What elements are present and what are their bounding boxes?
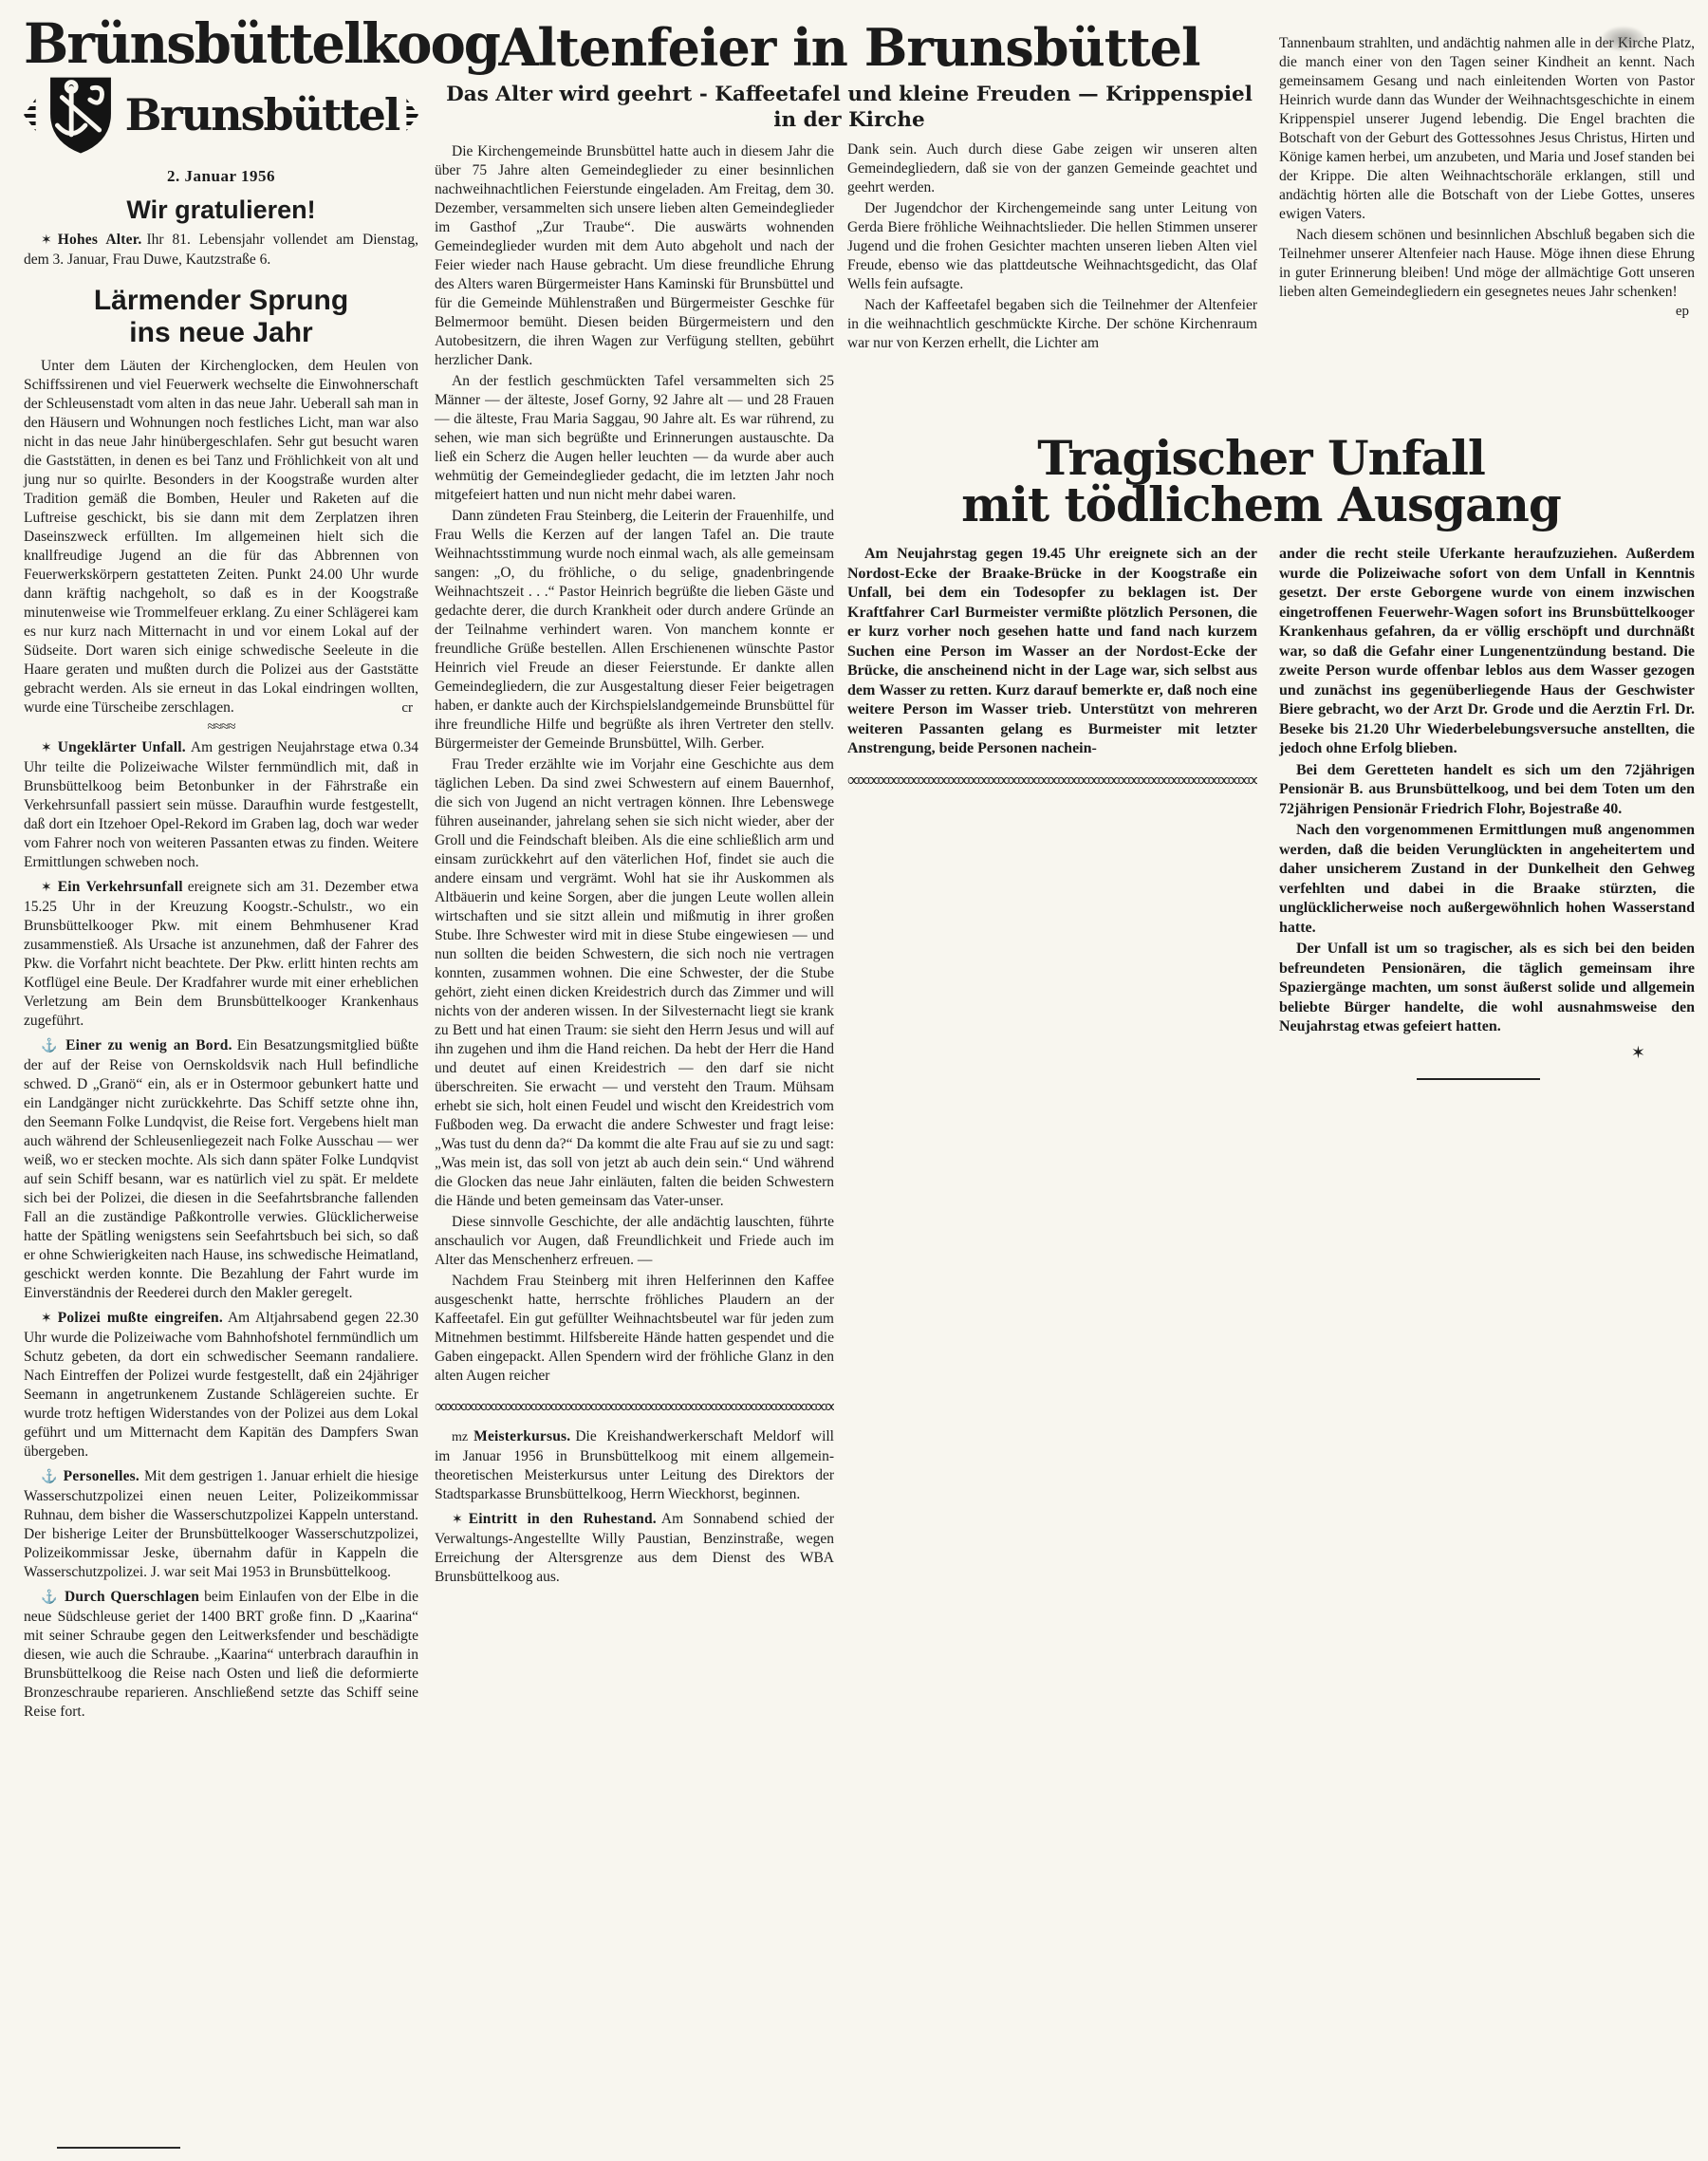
- star-marker-icon: ✶: [41, 1312, 52, 1326]
- tragischer-paragraph: ander die recht steile Uferkante heraufz…: [1279, 545, 1695, 759]
- column-3-top: Dank sein. Auch durch diese Gabe zeigen …: [847, 140, 1257, 355]
- tragischer-headline-line1: Tragischer Unfall: [845, 435, 1678, 481]
- tragischer-header: Tragischer Unfall mit tödlichem Ausgang: [845, 435, 1678, 528]
- item-lead: Eintritt in den Ruhestand.: [469, 1511, 657, 1527]
- masthead: Brünsbüttelkoog Brunsbüttel 2. Januar: [24, 15, 418, 186]
- altenfeier-header: Altenfeier in Brunsbüttel Das Alter wird…: [432, 21, 1267, 133]
- item-lead: Durch Querschlagen: [65, 1589, 199, 1605]
- end-star-icon: ✶: [1279, 1043, 1695, 1063]
- altenfeier-subtitle: Das Alter wird geehrt - Kaffeetafel und …: [432, 82, 1267, 133]
- news-item-querschlagen: ⚓Durch Querschlagenbeim Einlaufen von de…: [24, 1588, 418, 1722]
- news-item-polizei-eingreifen: ✶Polizei mußte eingreifen.Am Altjahrsabe…: [24, 1309, 418, 1462]
- sprung-heading-line2: ins neue Jahr: [129, 317, 312, 348]
- rope-divider: ∞∞∞∞∞∞∞∞∞∞∞∞∞∞∞∞∞∞∞∞∞∞∞∞∞∞∞∞∞∞∞∞∞∞∞∞∞∞∞∞…: [847, 773, 1257, 792]
- altenfeier-paragraph: Nach der Kaffeetafel begaben sich die Te…: [847, 296, 1257, 353]
- star-marker-icon: ✶: [41, 881, 52, 895]
- news-item-personelles: ⚓Personelles.Mit dem gestrigen 1. Januar…: [24, 1467, 418, 1582]
- rope-divider: ∞∞∞∞∞∞∞∞∞∞∞∞∞∞∞∞∞∞∞∞∞∞∞∞∞∞∞∞∞∞∞∞∞∞∞∞∞∞∞∞…: [435, 1399, 834, 1418]
- column-4-top: Tannenbaum strahlten, und andächtig nahm…: [1279, 34, 1695, 321]
- flourish-right-icon: [406, 99, 418, 131]
- star-marker-icon: ✶: [41, 741, 52, 755]
- item-lead: Ein Verkehrsunfall: [58, 879, 183, 895]
- scan-stain: [1602, 27, 1645, 51]
- altenfeier-paragraph: Diese sinnvolle Geschichte, der alle and…: [435, 1213, 834, 1270]
- left-column: Brünsbüttelkoog Brunsbüttel 2. Januar: [24, 15, 418, 1722]
- altenfeier-paragraph: Der Jugendchor der Kirchengemeinde sang …: [847, 199, 1257, 294]
- sprung-heading-line1: Lärmender Sprung: [94, 285, 348, 316]
- news-item-verkehrsunfall: ✶Ein Verkehrsunfallereignete sich am 31.…: [24, 878, 418, 1031]
- sprung-body-text: Unter dem Läuten der Kirchenglocken, dem…: [24, 358, 418, 716]
- altenfeier-paragraph: Nach diesem schönen und besinnlichen Abs…: [1279, 226, 1695, 302]
- tragischer-lead: Am Neujahrstag gegen 19.45 Uhr ereignete…: [847, 545, 1257, 759]
- end-rule-divider: [1417, 1078, 1540, 1080]
- author-initials-cr: cr: [384, 699, 418, 717]
- tragischer-paragraph: Der Unfall ist um so tragischer, als es …: [1279, 940, 1695, 1037]
- item-text: Am Altjahrsabend gegen 22.30 Uhr wurde d…: [24, 1310, 418, 1460]
- altenfeier-paragraph: Tannenbaum strahlten, und andächtig nahm…: [1279, 34, 1695, 224]
- star-marker-icon: ✶: [41, 233, 52, 248]
- item-text: Mit dem gestrigen 1. Januar erhielt die …: [24, 1468, 418, 1580]
- town-crest-anchor-shovel-icon: [44, 74, 118, 156]
- altenfeier-paragraph: An der festlich geschmückten Tafel versa…: [435, 372, 834, 505]
- news-item-ruhestand: ✶Eintritt in den Ruhestand.Am Sonnabend …: [435, 1510, 834, 1587]
- altenfeier-closing-text: Nach diesem schönen und besinnlichen Abs…: [1279, 227, 1695, 300]
- anchor-marker-icon: ⚓: [41, 1591, 59, 1605]
- item-lead: Polizei mußte eingreifen.: [58, 1310, 223, 1326]
- altenfeier-paragraph: Dann zündeten Frau Steinberg, die Leiter…: [435, 507, 834, 754]
- news-item-einer-zu-wenig: ⚓Einer zu wenig an Bord.Ein Besatzungsmi…: [24, 1036, 418, 1303]
- column-4-main: ander die recht steile Uferkante heraufz…: [1279, 545, 1695, 1080]
- newspaper-page: Brünsbüttelkoog Brunsbüttel 2. Januar: [0, 0, 1708, 2161]
- item-lead: Ungeklärter Unfall.: [58, 739, 186, 755]
- issue-date: 2. Januar 1956: [24, 167, 418, 186]
- flourish-left-icon: [24, 99, 36, 131]
- mz-marker: mz: [452, 1430, 468, 1444]
- altenfeier-subtitle-line1: Das Alter wird geehrt - Kaffeetafel und …: [446, 83, 1253, 106]
- anchor-marker-icon: ⚓: [41, 1470, 58, 1484]
- altenfeier-paragraph: Dank sein. Auch durch diese Gabe zeigen …: [847, 140, 1257, 197]
- altenfeier-paragraph: Nachdem Frau Steinberg mit ihren Helferi…: [435, 1272, 834, 1386]
- news-item-ungeklaerter-unfall: ✶Ungeklärter Unfall.Am gestrigen Neujahr…: [24, 738, 418, 872]
- item-text: beim Einlaufen von der Elbe in die neue …: [24, 1589, 418, 1720]
- altenfeier-headline: Altenfeier in Brunsbüttel: [432, 21, 1267, 74]
- column-3-lead: Am Neujahrstag gegen 19.45 Uhr ereignete…: [847, 545, 1257, 801]
- item-lead: Personelles.: [64, 1468, 139, 1484]
- anchor-marker-icon: ⚓: [41, 1039, 60, 1053]
- altenfeier-subtitle-line2: in der Kirche: [773, 108, 924, 132]
- item-lead: Hohes Alter.: [58, 232, 142, 248]
- altenfeier-paragraph: Die Kirchengemeinde Brunsbüttel hatte au…: [435, 142, 834, 370]
- tragischer-paragraph: Bei dem Geretteten handelt es sich um de…: [1279, 761, 1695, 820]
- item-lead: Einer zu wenig an Bord.: [65, 1037, 232, 1053]
- item-text: ereignete sich am 31. Dezember etwa 15.2…: [24, 879, 418, 1029]
- altenfeier-paragraph: Frau Treder erzählte wie im Vorjahr eine…: [435, 755, 834, 1211]
- news-item-meisterkursus: mzMeisterkursus.Die Kreishandwerkerschaf…: [435, 1427, 834, 1504]
- gratulieren-heading: Wir gratulieren!: [24, 196, 418, 225]
- sprung-body: Unter dem Läuten der Kirchenglocken, dem…: [24, 357, 418, 717]
- item-text: Ein Besatzungsmitglied büßte der auf der…: [24, 1037, 418, 1301]
- tragischer-headline-line2: mit tödlichem Ausgang: [845, 481, 1678, 528]
- column-2: Die Kirchengemeinde Brunsbüttel hatte au…: [435, 142, 834, 1587]
- masthead-row2: Brunsbüttel: [24, 74, 418, 156]
- masthead-title-line1: Brünsbüttelkoog: [24, 14, 418, 73]
- author-initials-ep: ep: [1659, 302, 1695, 321]
- news-item-hohes-alter: ✶Hohes Alter.Ihr 81. Lebensjahr vollende…: [24, 231, 418, 270]
- masthead-title-line2: Brunsbüttel: [125, 89, 399, 140]
- squiggle-divider: ≈≈≈≈: [24, 721, 418, 733]
- sprung-heading: Lärmender Sprung ins neue Jahr: [24, 285, 418, 349]
- item-lead: Meisterkursus.: [473, 1428, 570, 1444]
- star-marker-icon: ✶: [452, 1513, 463, 1527]
- bottom-rule-divider: [57, 2147, 180, 2149]
- item-text: Am gestrigen Neujahrstage etwa 0.34 Uhr …: [24, 739, 418, 870]
- tragischer-paragraph: Nach den vorgenommenen Ermittlungen muß …: [1279, 821, 1695, 938]
